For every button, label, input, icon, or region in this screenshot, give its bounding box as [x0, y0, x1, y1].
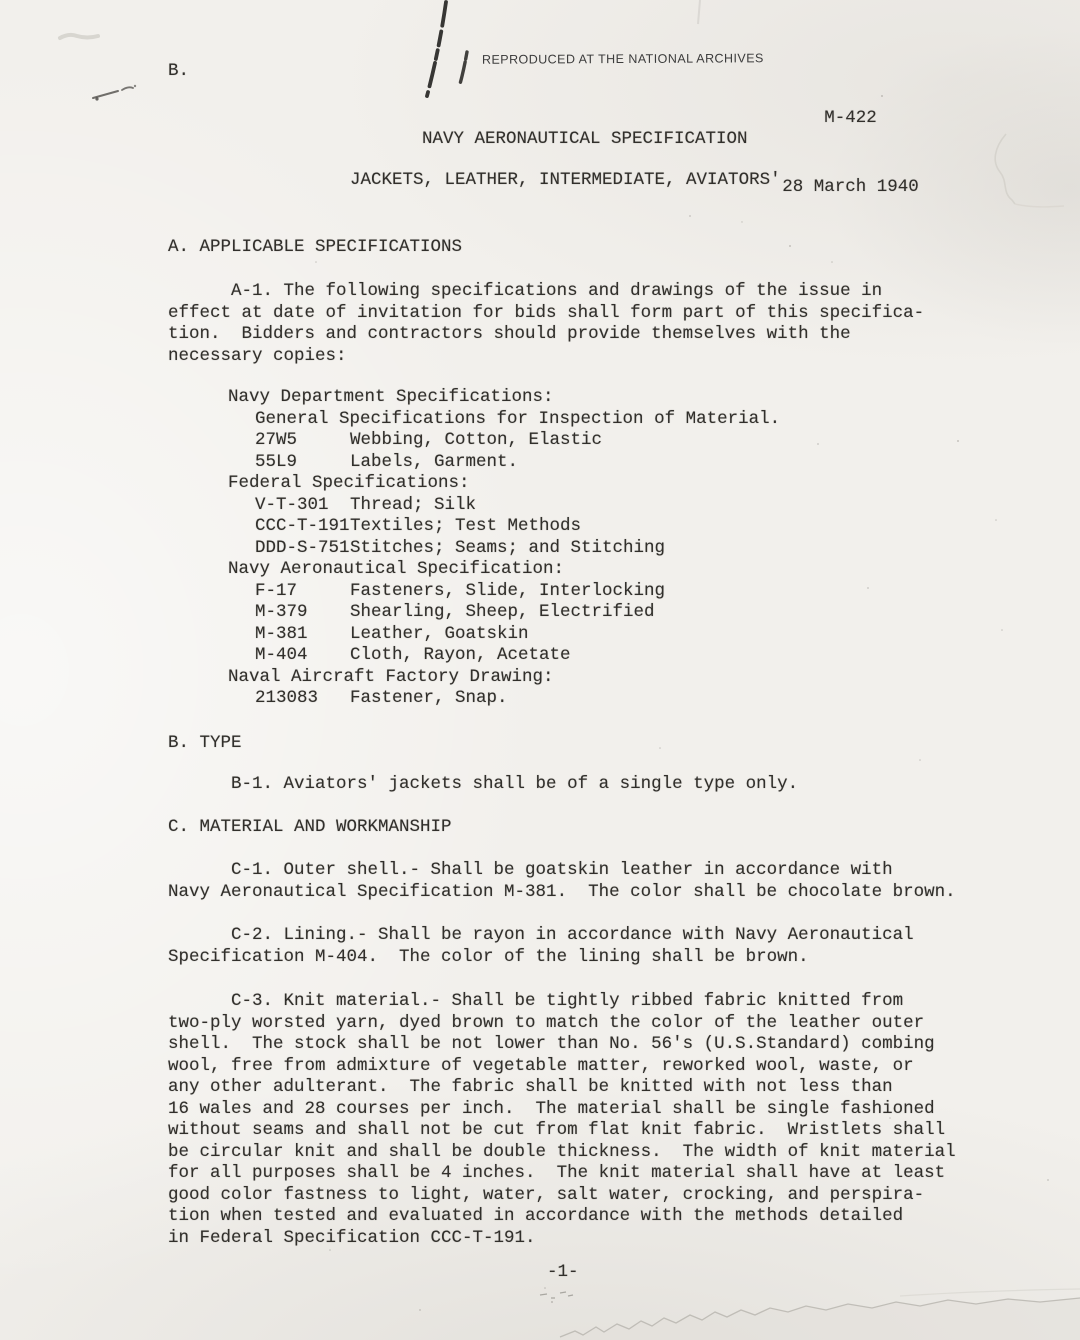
torn-bottom-edge: [560, 1289, 1080, 1340]
spec-code: DDD-S-751: [255, 538, 350, 560]
spec-title: Navy Aeronautical Specification:: [228, 559, 564, 579]
document-title: NAVY AERONAUTICAL SPECIFICATION: [422, 129, 748, 151]
margin-annotation: B.: [168, 61, 189, 83]
spec-title: Textiles; Test Methods: [350, 516, 581, 536]
paragraph-c1: C-1. Outer shell.- Shall be goatskin lea…: [168, 860, 956, 903]
spec-list-row: Navy Department Specifications:: [168, 387, 780, 409]
spec-title: Federal Specifications:: [228, 473, 470, 493]
spec-title: Leather, Goatskin: [350, 624, 529, 644]
spec-title: Fastener, Snap.: [350, 688, 508, 708]
spec-list-row: 213083Fastener, Snap.: [168, 688, 780, 710]
top-crease: [698, 0, 700, 24]
spec-list-row: Naval Aircraft Factory Drawing:: [168, 667, 780, 689]
document-subtitle: JACKETS, LEATHER, INTERMEDIATE, AVIATORS…: [350, 170, 781, 192]
spec-list-row: DDD-S-751Stitches; Seams; and Stitching: [168, 538, 780, 560]
spec-title: Navy Department Specifications:: [228, 387, 554, 407]
spec-list-row: F-17Fasteners, Slide, Interlocking: [168, 581, 780, 603]
paragraph-c2: C-2. Lining.- Shall be rayon in accordan…: [168, 925, 914, 968]
spec-list-row: General Specifications for Inspection of…: [168, 409, 780, 431]
section-c-heading: C. MATERIAL AND WORKMANSHIP: [168, 817, 452, 839]
section-b-heading: B. TYPE: [168, 733, 242, 755]
pen-stroke-long: [427, 2, 446, 96]
spec-title: Webbing, Cotton, Elastic: [350, 430, 602, 450]
archives-stamp: REPRODUCED AT THE NATIONAL ARCHIVES: [482, 51, 764, 66]
top-left-smudge: [60, 35, 98, 38]
section-a-heading: A. APPLICABLE SPECIFICATIONS: [168, 237, 462, 259]
spec-title: Cloth, Rayon, Acetate: [350, 645, 571, 665]
page-number-smudge: [540, 1287, 573, 1303]
spec-list-row: Navy Aeronautical Specification:: [168, 559, 780, 581]
spec-title: Shearling, Sheep, Electrified: [350, 602, 655, 622]
spec-list-row: M-379Shearling, Sheep, Electrified: [168, 602, 780, 624]
paragraph-a1: A-1. The following specifications and dr…: [168, 281, 924, 367]
spec-title: Thread; Silk: [350, 495, 476, 515]
spec-title: Stitches; Seams; and Stitching: [350, 538, 665, 558]
spec-list-row: M-404Cloth, Rayon, Acetate: [168, 645, 780, 667]
spec-code: M-381: [255, 624, 350, 646]
spec-title: Naval Aircraft Factory Drawing:: [228, 667, 554, 687]
document-id-block: M-422 28 March 1940: [748, 61, 953, 245]
spec-list-row: 55L9Labels, Garment.: [168, 452, 780, 474]
spec-list-row: V-T-301Thread; Silk: [168, 495, 780, 517]
spec-code: 213083: [255, 688, 350, 710]
spec-list-row: CCC-T-191Textiles; Test Methods: [168, 516, 780, 538]
document-page: B. REPRODUCED AT THE NATIONAL ARCHIVES M…: [0, 0, 1080, 1340]
page-number: -1-: [547, 1262, 579, 1284]
margin-scribble: [93, 85, 136, 101]
paragraph-c3: C-3. Knit material.- Shall be tightly ri…: [168, 991, 956, 1249]
spec-list: Navy Department Specifications:General S…: [168, 387, 780, 710]
pen-stroke-short: [460, 52, 467, 84]
spec-code: 27W5: [255, 430, 350, 452]
spec-list-row: M-381Leather, Goatskin: [168, 624, 780, 646]
spec-title: General Specifications for Inspection of…: [255, 409, 780, 429]
document-number: M-422: [748, 107, 953, 130]
spec-code: 55L9: [255, 452, 350, 474]
spec-list-row: 27W5Webbing, Cotton, Elastic: [168, 430, 780, 452]
spec-code: V-T-301: [255, 495, 350, 517]
spec-title: Fasteners, Slide, Interlocking: [350, 581, 665, 601]
paper-crease-right: [995, 134, 1064, 207]
spec-code: M-404: [255, 645, 350, 667]
spec-code: F-17: [255, 581, 350, 603]
spec-list-row: Federal Specifications:: [168, 473, 780, 495]
spec-code: CCC-T-191: [255, 516, 350, 538]
spec-title: Labels, Garment.: [350, 452, 518, 472]
spec-code: M-379: [255, 602, 350, 624]
paragraph-b1: B-1. Aviators' jackets shall be of a sin…: [168, 774, 798, 796]
